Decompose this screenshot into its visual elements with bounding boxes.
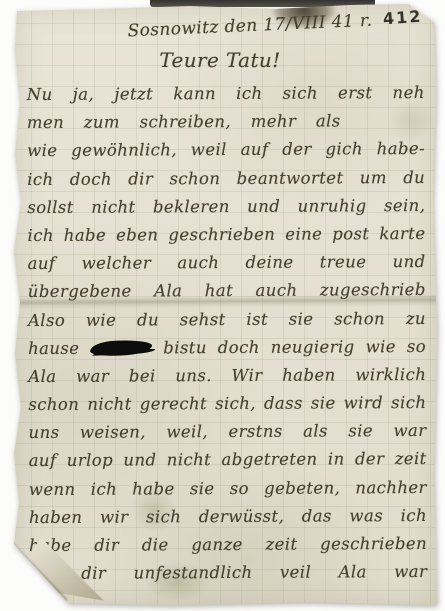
paper-sheet: 412 Sosnowitz den 17/VIII 41 r. Teure Ta…	[10, 2, 440, 608]
line-text: hause	[28, 338, 79, 357]
letter-line: auf urlop und nicht abgetreten in der ze…	[29, 445, 427, 475]
folded-corner-flap	[22, 530, 108, 606]
letter-line: habe dir die ganze zeit geschrieben	[29, 530, 427, 560]
letter-line: men zum schreiben, mehr als	[27, 107, 425, 137]
letter-line: Also wie du sehst ist sie schon zu	[28, 304, 426, 334]
letter-line-redacted: hause bistu doch neugierig wie so	[28, 333, 426, 363]
page-number: 412	[382, 7, 423, 29]
fold-shadow	[11, 542, 68, 601]
letter-line: ich doch dir schon beantwortet um du	[27, 164, 425, 194]
letter-line: übergebene Ala hat auch zugeschrieb	[28, 276, 426, 306]
dateline: Sosnowitz den 17/VIII 41 r.	[110, 10, 391, 42]
letter-line: wenn ich habe sie so gebeten, nachher	[29, 474, 427, 504]
letter-line: Ala war bei uns. Wir haben wirklich	[28, 361, 426, 391]
letter-line: sollst nicht bekleren und unruhig sein,	[27, 192, 425, 222]
letter-line: uns weisen, weil, erstns als sie war	[28, 417, 426, 447]
faint-stain	[144, 562, 210, 602]
letter-line: wie gewöhnlich, weil auf der gich habe-	[27, 135, 425, 165]
burn-stain	[272, 0, 336, 28]
letter-line: dir unfestandlich veil Ala war	[29, 558, 427, 588]
line-text: bistu doch neugierig wie so	[163, 337, 426, 357]
faint-stain	[130, 488, 178, 532]
letter-page: 412 Sosnowitz den 17/VIII 41 r. Teure Ta…	[10, 2, 440, 608]
faint-stain	[388, 98, 434, 144]
ink-blot-redaction	[90, 339, 153, 356]
fold-crease	[10, 294, 440, 309]
letter-line: haben wir sich derwüsst, das was ich	[29, 502, 427, 532]
letter-line: ich habe eben geschrieben eine post kart…	[27, 220, 425, 250]
letter-line: Nu ja, jetzt kann ich sich erst neh	[27, 79, 425, 109]
letter-line: auf welcher auch deine treue und	[28, 248, 426, 278]
letter-body: Nu ja, jetzt kann ich sich erst neh men …	[27, 79, 428, 588]
greeting: Teure Tatu!	[100, 48, 340, 72]
letter-line: schon nicht gerecht sich, dass sie wird …	[28, 389, 426, 419]
